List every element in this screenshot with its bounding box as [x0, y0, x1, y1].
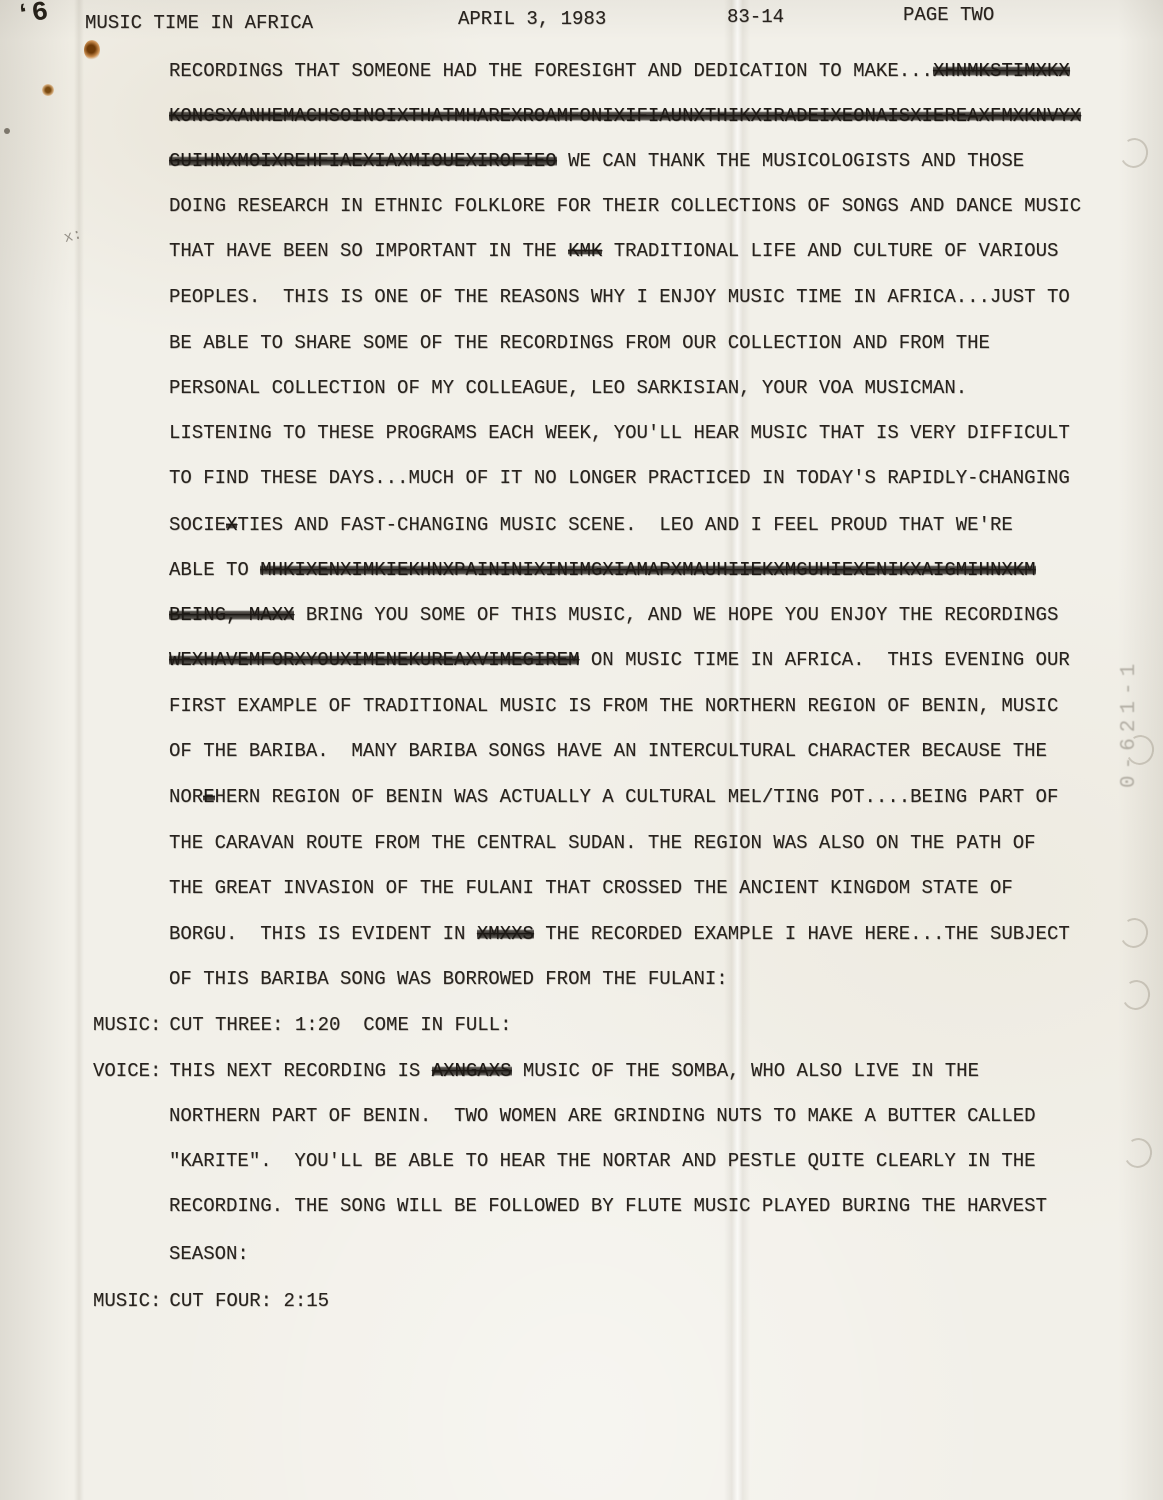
- struck-text: AXNGAXS: [432, 1060, 512, 1082]
- script-line: "KARITE". YOU'LL BE ABLE TO HEAR THE NOR…: [169, 1148, 1036, 1174]
- text-segment: TO FIND THESE DAYS...MUCH OF IT NO LONGE…: [169, 467, 1070, 489]
- struck-text: GUIHNXMOIXREHFIAEXIAXMIOUEXIROFIEO: [169, 150, 557, 172]
- cue-label: MUSIC:: [93, 1290, 161, 1312]
- cue-label: MUSIC:: [93, 1014, 161, 1036]
- script-line: BORGU. THIS IS EVIDENT IN XMXXS THE RECO…: [169, 921, 1070, 947]
- margin-scribble: x:: [62, 226, 84, 247]
- text-segment: TIES AND FAST-CHANGING MUSIC SCENE. LEO …: [237, 514, 1012, 536]
- script-line: SEASON:: [169, 1241, 249, 1267]
- script-line: RECORDINGS THAT SOMEONE HAD THE FORESIGH…: [169, 58, 1070, 84]
- text-segment: BORGU. THIS IS EVIDENT IN: [169, 923, 477, 945]
- rust-stain-small: [42, 84, 54, 96]
- text-segment: "KARITE". YOU'LL BE ABLE TO HEAR THE NOR…: [169, 1150, 1036, 1172]
- script-line: THE GREAT INVASION OF THE FULANI THAT CR…: [169, 875, 1013, 901]
- text-segment: THE GREAT INVASION OF THE FULANI THAT CR…: [169, 877, 1013, 899]
- script-cue-line: MUSIC:CUT THREE: 1:20 COME IN FULL:: [93, 1012, 511, 1038]
- text-segment: MUSIC OF THE SOMBA, WHO ALSO LIVE IN THE: [512, 1060, 979, 1082]
- struck-text: X: [226, 514, 237, 536]
- text-segment: SOCIE: [169, 514, 226, 536]
- script-line: SOCIEXTIES AND FAST-CHANGING MUSIC SCENE…: [169, 512, 1013, 538]
- text-segment: PEOPLES. THIS IS ONE OF THE REASONS WHY …: [169, 286, 1070, 308]
- text-segment: LISTENING TO THESE PROGRAMS EACH WEEK, Y…: [169, 422, 1070, 444]
- text-segment: NORTHERN PART OF BENIN. TWO WOMEN ARE GR…: [169, 1105, 1036, 1127]
- text-segment: HERN REGION OF BENIN WAS ACTUALLY A CULT…: [215, 786, 1059, 808]
- scanned-typescript-page: ʻ6 x: 0-621-1 MUSIC TIME IN AFRICA APRIL…: [0, 0, 1163, 1500]
- text-segment: TRADITIONAL LIFE AND CULTURE OF VARIOUS: [602, 240, 1058, 262]
- script-line: FIRST EXAMPLE OF TRADITIONAL MUSIC IS FR…: [169, 693, 1058, 719]
- script-line: THE CARAVAN ROUTE FROM THE CENTRAL SUDAN…: [169, 830, 1036, 856]
- script-line: OF THE BARIBA. MANY BARIBA SONGS HAVE AN…: [169, 738, 1047, 764]
- text-segment: WE CAN THANK THE MUSICOLOGISTS AND THOSE: [557, 150, 1024, 172]
- script-line: BEING, MAXX BRING YOU SOME OF THIS MUSIC…: [169, 602, 1058, 628]
- text-segment: BE ABLE TO SHARE SOME OF THE RECORDINGS …: [169, 332, 990, 354]
- binder-ring-mark: [1117, 915, 1151, 951]
- script-line: PEOPLES. THIS IS ONE OF THE REASONS WHY …: [169, 284, 1070, 310]
- script-line: NORTHERN PART OF BENIN. TWO WOMEN ARE GR…: [169, 1103, 1036, 1129]
- script-line: DOING RESEARCH IN ETHNIC FOLKLORE FOR TH…: [169, 193, 1081, 219]
- script-line: PERSONAL COLLECTION OF MY COLLEAGUE, LEO…: [169, 375, 967, 401]
- text-segment: DOING RESEARCH IN ETHNIC FOLKLORE FOR TH…: [169, 195, 1081, 217]
- pencil-mark: ʻ6: [14, 0, 51, 32]
- script-cue-line: MUSIC:CUT FOUR: 2:15: [93, 1288, 329, 1314]
- script-line: GUIHNXMOIXREHFIAEXIAXMIOUEXIROFIEO WE CA…: [169, 148, 1024, 174]
- text-segment: BRING YOU SOME OF THIS MUSIC, AND WE HOP…: [294, 604, 1058, 626]
- text-segment: CUT FOUR: 2:15: [169, 1290, 329, 1312]
- text-segment: FIRST EXAMPLE OF TRADITIONAL MUSIC IS FR…: [169, 695, 1058, 717]
- margin-stamp: 0-621-1: [1118, 618, 1141, 788]
- ink-speck: [4, 128, 10, 134]
- text-segment: THE CARAVAN ROUTE FROM THE CENTRAL SUDAN…: [169, 832, 1036, 854]
- script-line: NOREHERN REGION OF BENIN WAS ACTUALLY A …: [169, 784, 1058, 810]
- binder-ring-mark: [1117, 135, 1151, 171]
- struck-text: XHNMKSTIMXKX: [933, 60, 1070, 82]
- text-segment: RECORDINGS THAT SOMEONE HAD THE FORESIGH…: [169, 60, 933, 82]
- cue-label: VOICE:: [93, 1060, 161, 1082]
- script-line: TO FIND THESE DAYS...MUCH OF IT NO LONGE…: [169, 465, 1070, 491]
- text-segment: THAT HAVE BEEN SO IMPORTANT IN THE: [169, 240, 568, 262]
- struck-text: KONGSXANHEMACHSOINOIXTHATMHAREXROAMFONIX…: [169, 105, 1081, 127]
- script-line: BE ABLE TO SHARE SOME OF THE RECORDINGS …: [169, 330, 990, 356]
- struck-text: WEXHAVEMFORXYOUXIMENEKUREAXVIMEGIREM: [169, 649, 579, 671]
- text-segment: ON MUSIC TIME IN AFRICA. THIS EVENING OU…: [579, 649, 1069, 671]
- struck-text: MHKIXENXIMKIEKHNXPAININIXINIMGXIAMAPXMAU…: [260, 559, 1035, 581]
- script-line: WEXHAVEMFORXYOUXIMENEKUREAXVIMEGIREM ON …: [169, 647, 1070, 673]
- text-segment: CUT THREE: 1:20 COME IN FULL:: [169, 1014, 511, 1036]
- text-segment: THE RECORDED EXAMPLE I HAVE HERE...THE S…: [534, 923, 1070, 945]
- header-date: APRIL 3, 1983: [458, 8, 606, 30]
- header-page-label: PAGE TWO: [903, 4, 994, 26]
- script-line: RECORDING. THE SONG WILL BE FOLLOWED BY …: [169, 1193, 1047, 1219]
- struck-text: E: [203, 786, 214, 808]
- binder-ring-mark: [1119, 977, 1153, 1013]
- struck-text: XMXXS: [477, 923, 534, 945]
- text-segment: THIS NEXT RECORDING IS: [169, 1060, 431, 1082]
- text-segment: ABLE TO: [169, 559, 260, 581]
- struck-text: KMK: [568, 240, 602, 262]
- script-line: OF THIS BARIBA SONG WAS BORROWED FROM TH…: [169, 966, 728, 992]
- script-line: LISTENING TO THESE PROGRAMS EACH WEEK, Y…: [169, 420, 1070, 446]
- text-segment: NOR: [169, 786, 203, 808]
- text-segment: PERSONAL COLLECTION OF MY COLLEAGUE, LEO…: [169, 377, 967, 399]
- rust-stain: [84, 40, 100, 60]
- struck-text: BEING, MAXX: [169, 604, 294, 626]
- script-line: ABLE TO MHKIXENXIMKIEKHNXPAININIXINIMGXI…: [169, 557, 1036, 583]
- header-title: MUSIC TIME IN AFRICA: [85, 12, 313, 34]
- script-cue-line: VOICE:THIS NEXT RECORDING IS AXNGAXS MUS…: [93, 1058, 979, 1084]
- script-line: KONGSXANHEMACHSOINOIXTHATMHAREXROAMFONIX…: [169, 103, 1081, 129]
- text-segment: OF THE BARIBA. MANY BARIBA SONGS HAVE AN…: [169, 740, 1047, 762]
- script-line: THAT HAVE BEEN SO IMPORTANT IN THE KMK T…: [169, 238, 1058, 264]
- binder-ring-mark: [1121, 1135, 1155, 1171]
- text-segment: OF THIS BARIBA SONG WAS BORROWED FROM TH…: [169, 968, 728, 990]
- text-segment: RECORDING. THE SONG WILL BE FOLLOWED BY …: [169, 1195, 1047, 1217]
- header-script-number: 83-14: [727, 6, 784, 28]
- text-segment: SEASON:: [169, 1243, 249, 1265]
